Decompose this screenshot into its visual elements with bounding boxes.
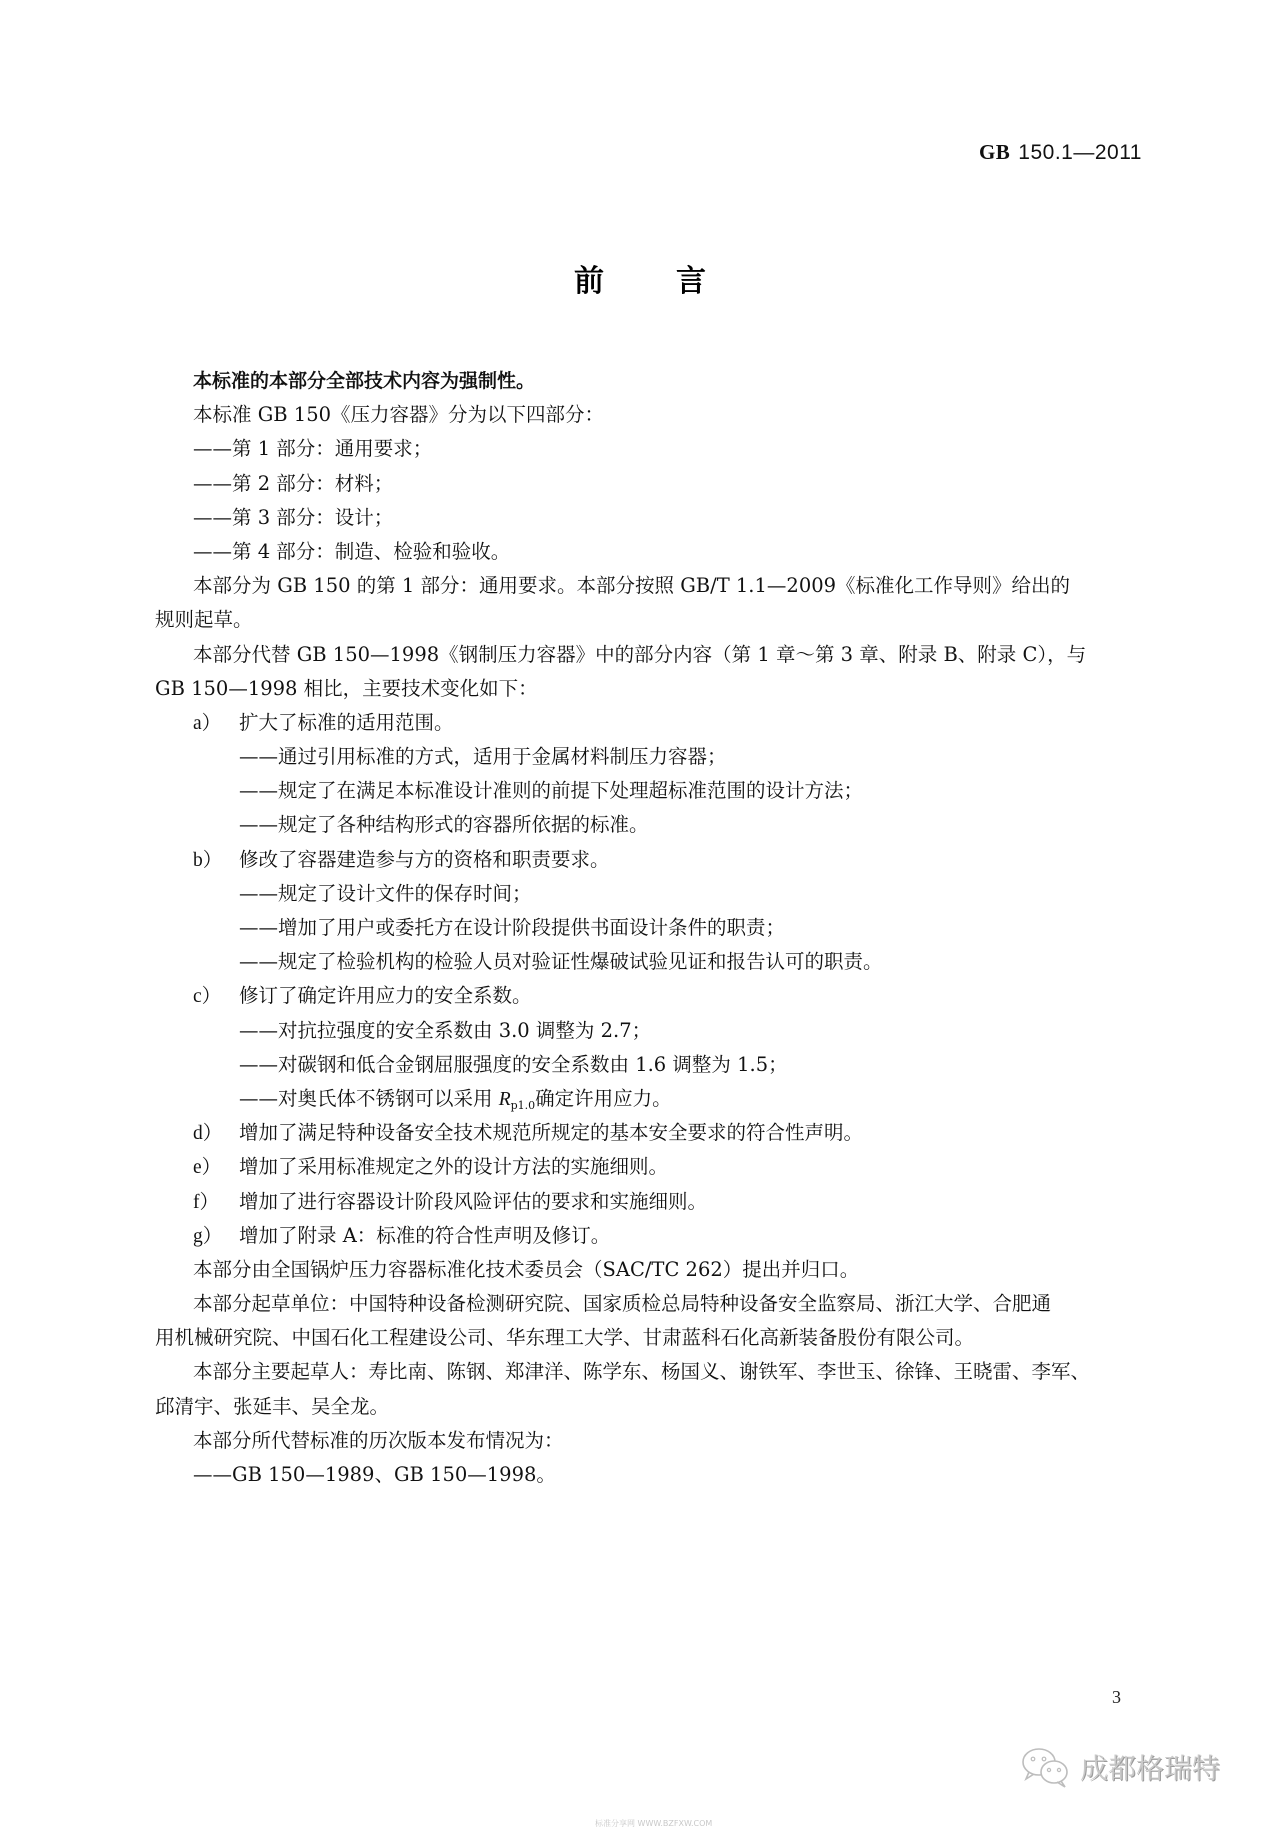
item-text: 增加了采用标准规定之外的设计方法的实施细则。: [239, 1155, 668, 1178]
change-subitem-rp: ——对奥氏体不锈钢可以采用 Rp1.0确定许用应力。: [193, 1082, 1153, 1116]
change-subitem: ——规定了在满足本标准设计准则的前提下处理超标准范围的设计方法；: [193, 774, 1153, 808]
change-subitem: ——规定了各种结构形式的容器所依据的标准。: [193, 808, 1153, 842]
item-text: 扩大了标准的适用范围。: [239, 711, 454, 734]
change-item-e: e）增加了采用标准规定之外的设计方法的实施细则。: [193, 1150, 1153, 1184]
change-item-a: a）扩大了标准的适用范围。: [193, 706, 1153, 740]
page-number: 3: [1112, 1687, 1121, 1708]
item-text: 修订了确定许用应力的安全系数。: [239, 984, 532, 1007]
paragraph-drafting-units-cont: 用机械研究院、中国石化工程建设公司、华东理工大学、甘肃蓝科石化高新装备股份有限公…: [155, 1321, 1153, 1355]
item-text: 增加了满足特种设备安全技术规范所规定的基本安全要求的符合性声明。: [239, 1121, 863, 1144]
change-item-c: c）修订了确定许用应力的安全系数。: [193, 979, 1153, 1013]
change-subitem: ——对碳钢和低合金钢屈服强度的安全系数由 1.6 调整为 1.5；: [193, 1048, 1153, 1082]
paragraph-proposer: 本部分由全国锅炉压力容器标准化技术委员会（SAC/TC 262）提出并归口。: [193, 1253, 1153, 1287]
subitem-text-before: ——对奥氏体不锈钢可以采用: [239, 1087, 499, 1110]
watermark-text: 成都格瑞特: [1080, 1747, 1220, 1787]
item-text: 增加了附录 A：标准的符合性声明及修订。: [239, 1224, 610, 1247]
item-text: 增加了进行容器设计阶段风险评估的要求和实施细则。: [239, 1190, 707, 1213]
subitem-text-after: 确定许用应力。: [535, 1087, 672, 1110]
document-page: GB150.1—2011 前言 本标准的本部分全部技术内容为强制性。 本标准 G…: [0, 0, 1280, 1831]
part-list-item: ——第 4 部分：制造、检验和验收。: [193, 535, 1153, 569]
paragraph-drafting-rules-cont: 规则起草。: [155, 603, 1153, 637]
item-label: g）: [193, 1220, 239, 1254]
paragraph-drafters: 本部分主要起草人：寿比南、陈钢、郑津洋、陈学东、杨国义、谢铁军、李世玉、徐锋、王…: [193, 1355, 1153, 1389]
standard-prefix: GB: [979, 140, 1010, 164]
part-list-item: ——第 2 部分：材料；: [193, 467, 1153, 501]
paragraph-replaces: 本部分代替 GB 150—1998《钢制压力容器》中的部分内容（第 1 章～第 …: [193, 638, 1153, 672]
paragraph-history: 本部分所代替标准的历次版本发布情况为：: [193, 1424, 1153, 1458]
change-subitem: ——对抗拉强度的安全系数由 3.0 调整为 2.7；: [193, 1014, 1153, 1048]
watermark: 成都格瑞特: [1020, 1745, 1220, 1789]
item-label: c）: [193, 980, 239, 1014]
rp-symbol: R: [499, 1089, 511, 1110]
part-list-item: ——第 3 部分：设计；: [193, 501, 1153, 535]
item-label: f）: [193, 1186, 239, 1220]
item-text: 修改了容器建造参与方的资格和职责要求。: [239, 848, 610, 871]
item-label: b）: [193, 844, 239, 878]
part-list-item: ——第 1 部分：通用要求；: [193, 432, 1153, 466]
change-subitem: ——规定了设计文件的保存时间；: [193, 877, 1153, 911]
wechat-icon: [1020, 1745, 1072, 1789]
change-item-f: f）增加了进行容器设计阶段风险评估的要求和实施细则。: [193, 1185, 1153, 1219]
standard-number: GB150.1—2011: [979, 140, 1142, 165]
source-url: 标准分享网 WWW.BZFXW.COM: [595, 1818, 712, 1829]
change-item-d: d）增加了满足特种设备安全技术规范所规定的基本安全要求的符合性声明。: [193, 1116, 1153, 1150]
change-item-b: b）修改了容器建造参与方的资格和职责要求。: [193, 843, 1153, 877]
item-label: d）: [193, 1117, 239, 1151]
item-label: a）: [193, 707, 239, 741]
change-subitem: ——规定了检验机构的检验人员对验证性爆破试验见证和报告认可的职责。: [193, 945, 1153, 979]
mandatory-statement: 本标准的本部分全部技术内容为强制性。: [193, 364, 1153, 398]
change-subitem: ——增加了用户或委托方在设计阶段提供书面设计条件的职责；: [193, 911, 1153, 945]
rp-subscript: p1.0: [511, 1099, 536, 1112]
change-subitem: ——通过引用标准的方式，适用于金属材料制压力容器；: [193, 740, 1153, 774]
item-label: e）: [193, 1151, 239, 1185]
history-list-item: ——GB 150—1989、GB 150—1998。: [193, 1458, 1153, 1492]
paragraph-drafting-units: 本部分起草单位：中国特种设备检测研究院、国家质检总局特种设备安全监察局、浙江大学…: [193, 1287, 1153, 1321]
page-title: 前言: [0, 256, 1280, 300]
paragraph-drafters-cont: 邱清宇、张延丰、吴全龙。: [155, 1390, 1153, 1424]
paragraph-drafting-rules: 本部分为 GB 150 的第 1 部分：通用要求。本部分按照 GB/T 1.1—…: [193, 569, 1153, 603]
paragraph-replaces-cont: GB 150—1998 相比，主要技术变化如下：: [155, 672, 1153, 706]
change-item-g: g）增加了附录 A：标准的符合性声明及修订。: [193, 1219, 1153, 1253]
paragraph-parts-intro: 本标准 GB 150《压力容器》分为以下四部分：: [193, 398, 1153, 432]
standard-code: 150.1—2011: [1018, 141, 1142, 164]
document-body: 本标准的本部分全部技术内容为强制性。 本标准 GB 150《压力容器》分为以下四…: [193, 364, 1153, 1492]
